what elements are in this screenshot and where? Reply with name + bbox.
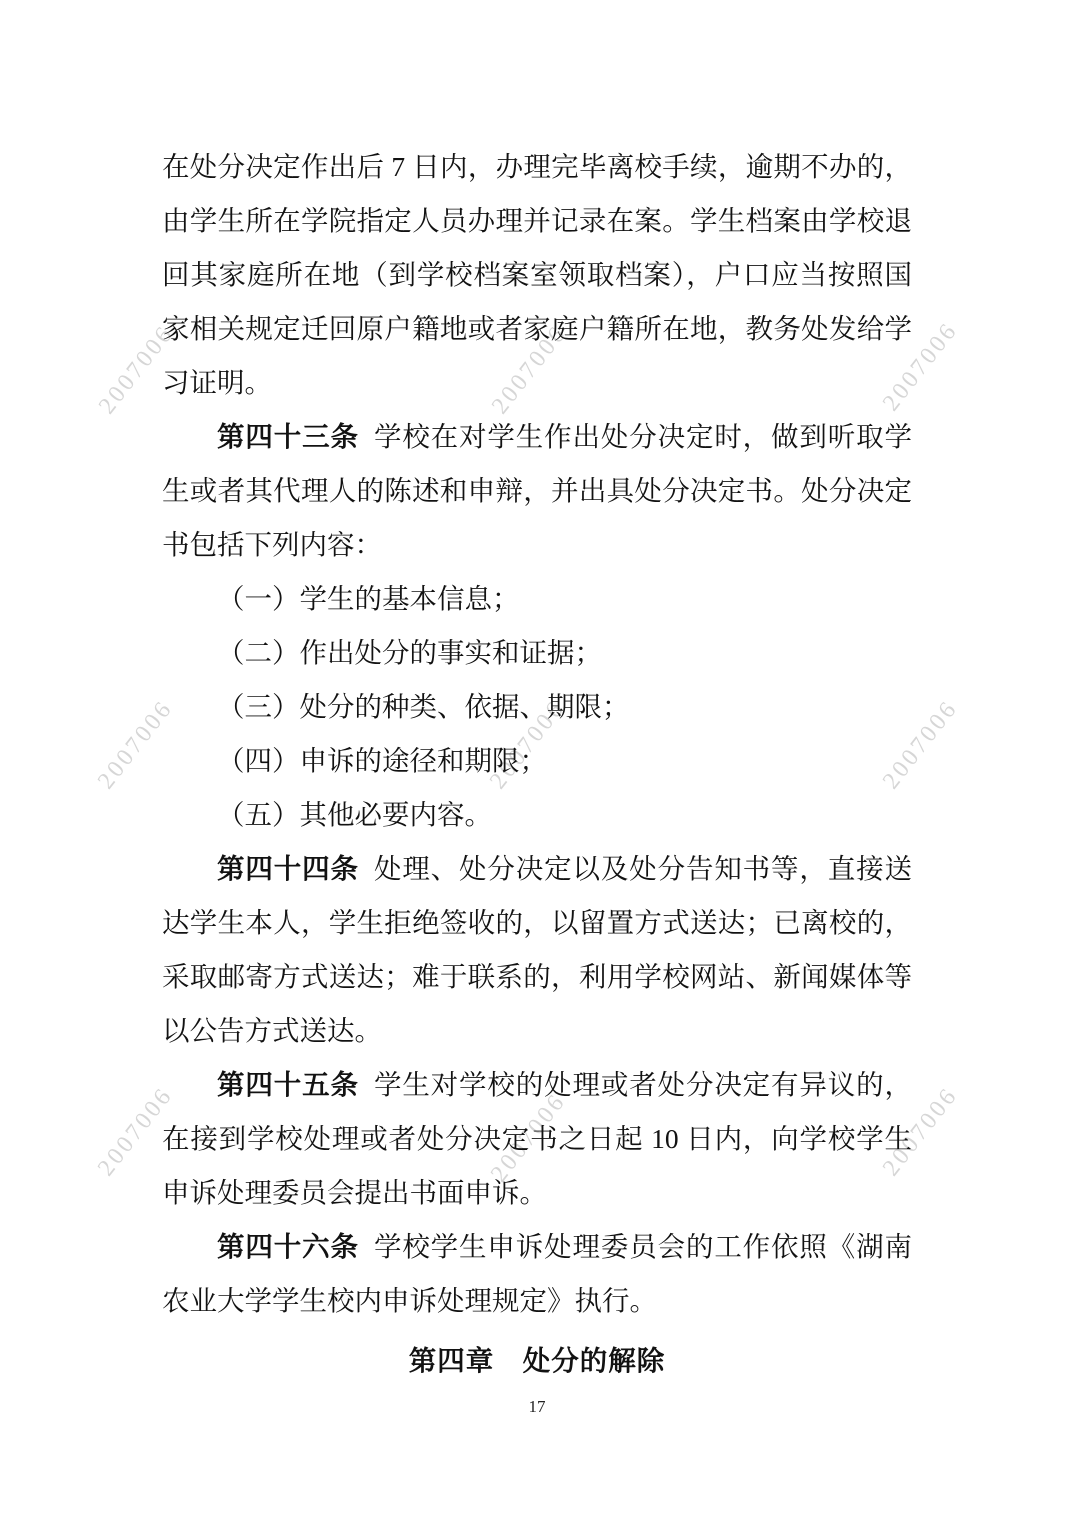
list-item-4: （四）申诉的途径和期限； <box>162 734 912 788</box>
list-item-2: （二）作出处分的事实和证据； <box>162 626 912 680</box>
article-paragraph-44: 第四十四条处理、处分决定以及处分告知书等，直接送达学生本人，学生拒绝签收的，以留… <box>162 842 912 1058</box>
article-paragraph-46: 第四十六条学校学生申诉处理委员会的工作依照《湖南农业大学学生校内申诉处理规定》执… <box>162 1220 912 1328</box>
document-page: 2007006 2007006 2007006 2007006 2007006 … <box>0 0 1074 1520</box>
chapter-heading: 第四章 处分的解除 <box>162 1334 912 1388</box>
list-item-1: （一）学生的基本信息； <box>162 572 912 626</box>
continuation-paragraph: 在处分决定作出后 7 日内，办理完毕离校手续，逾期不办的，由学生所在学院指定人员… <box>162 140 912 410</box>
page-number: 17 <box>162 1396 912 1418</box>
article-paragraph-45: 第四十五条学生对学校的处理或者处分决定有异议的，在接到学校处理或者处分决定书之日… <box>162 1058 912 1220</box>
article-43-label: 第四十三条 <box>217 421 359 452</box>
list-item-5: （五）其他必要内容。 <box>162 788 912 842</box>
article-45-label: 第四十五条 <box>217 1069 359 1100</box>
document-body: 在处分决定作出后 7 日内，办理完毕离校手续，逾期不办的，由学生所在学院指定人员… <box>162 140 912 1418</box>
article-paragraph-43: 第四十三条学校在对学生作出处分决定时，做到听取学生或者其代理人的陈述和申辩，并出… <box>162 410 912 572</box>
article-46-label: 第四十六条 <box>217 1231 359 1262</box>
list-item-3: （三）处分的种类、依据、期限； <box>162 680 912 734</box>
article-44-label: 第四十四条 <box>217 853 359 884</box>
